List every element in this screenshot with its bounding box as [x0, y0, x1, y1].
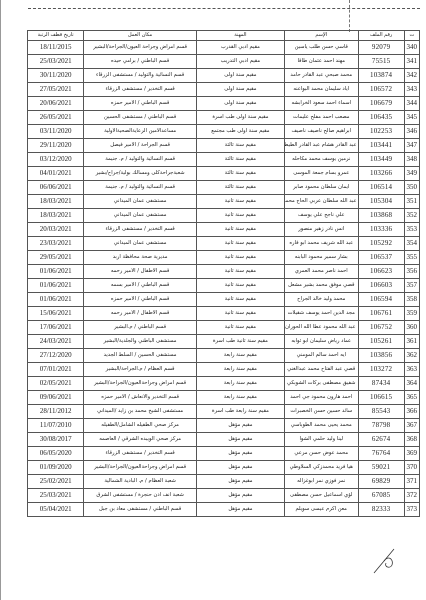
row-name: بشار سمير محمود البابنه [284, 251, 358, 265]
table-row: 346102253ابراهيم صالح ناصيف ناصيفمقيم سن… [28, 125, 420, 139]
row-seq: 352 [404, 209, 419, 223]
row-seq: 373 [404, 503, 419, 517]
row-file-number: 76764 [358, 447, 404, 461]
row-file-number: 103449 [358, 153, 404, 167]
row-date: 24/03/2021 [28, 335, 84, 349]
row-name: مجد الدين احمد يوسف شقيلات [284, 307, 358, 321]
row-date: 28/11/2012 [28, 405, 84, 419]
row-profession: مقيم سنة رابعة طب اسرة [196, 405, 284, 419]
table-row: 36862674لينا وليد حلمي الشوامقيم مؤهلمرك… [28, 433, 420, 447]
row-profession: مقيم سنة اولى طب اسرة [196, 111, 284, 125]
row-date: 06/05/2020 [28, 447, 84, 461]
row-workplace: قسم التخدير والانعاش / الامير حمزه [84, 391, 197, 405]
row-name: عبد الله محمود عطا الله الحوران [284, 321, 358, 335]
table-row: 343106572اياد سليمان محمد البواعنهمقيم س… [28, 83, 420, 97]
row-workplace: مستشفى عمان الميداني [84, 195, 197, 209]
row-file-number: 106537 [358, 251, 404, 265]
row-name: هيا فريد محمدزكي السلاوطي [284, 461, 358, 475]
table-row: 34092079قاسي حسن طلب ياسينمقيم ادبي القد… [28, 41, 420, 55]
row-name: عبد القادر هشام عبد القادر الطيطي [284, 139, 358, 153]
row-name: سائد حسين حسن الخصبرات [284, 405, 358, 419]
table-row: 351105304عبد الله سلطان عربي الحاج محمدم… [28, 195, 420, 209]
col-header-file-number: رقم الملف [358, 31, 404, 41]
row-date: 18/11/2015 [28, 41, 84, 55]
row-seq: 357 [404, 279, 419, 293]
row-workplace: مستشفى عمان الميداني [84, 209, 197, 223]
row-profession: مقيم مؤهل [196, 489, 284, 503]
row-seq: 340 [404, 41, 419, 55]
row-file-number: 92079 [358, 41, 404, 55]
table-body: 34092079قاسي حسن طلب ياسينمقيم ادبي القد… [28, 41, 420, 517]
table-row: 34175515مهند احمد عثمان طاقامقيم ادبي ال… [28, 55, 420, 69]
row-seq: 367 [404, 419, 419, 433]
row-workplace: مديرية صحة محافظة اربد [84, 251, 197, 265]
row-file-number: 103856 [358, 349, 404, 363]
table-row: 36487434شفيق مصطفى بركات الشوبكيمقيم سنة… [28, 377, 420, 391]
row-name: ابراهيم صالح ناصيف ناصيف [284, 125, 358, 139]
table-row: 359106761مجد الدين احمد يوسف شقيلاتمقيم … [28, 307, 420, 321]
row-workplace: قسم الباطني / الامير حمزه [84, 293, 197, 307]
row-file-number: 106623 [358, 265, 404, 279]
row-file-number: 87434 [358, 377, 404, 391]
row-workplace: مستشفى الشيخ محمد بن زايد /الميداني [84, 405, 197, 419]
row-profession: مقيم سنة ثانية [196, 321, 284, 335]
col-header-workplace: مكان العمل [84, 31, 197, 41]
row-file-number: 106572 [358, 83, 404, 97]
row-workplace: قسم الباطني / الامير حمزه [84, 97, 197, 111]
table-row: 360106752عبد الله محمود عطا الله الحوران… [28, 321, 420, 335]
row-profession: مقيم سنة اولى [196, 69, 284, 83]
table-row: 344106679اسماء احمد سعود الخرابشهمقيم سن… [28, 97, 420, 111]
row-seq: 347 [404, 139, 419, 153]
row-seq: 349 [404, 167, 419, 181]
row-seq: 366 [404, 405, 419, 419]
row-date: 01/06/2021 [28, 293, 84, 307]
row-profession: مقيم سنة ثالثة [196, 153, 284, 167]
row-date: 20/03/2021 [28, 223, 84, 237]
row-workplace: مركز صحي الويبده الشرقي / العاصمه [84, 433, 197, 447]
row-workplace: قسم الباطني / مستشفى معاذ بن جبل [84, 503, 197, 517]
row-name: محمد وليد خالد الجراح [284, 293, 358, 307]
row-name: معن اكرم عيسى سويلم [284, 503, 358, 517]
row-profession: مقيم سنة ثانية [196, 223, 284, 237]
row-date: 30/08/2017 [28, 433, 84, 447]
row-workplace: قسم امراض وجراحةالعيون/الجراحة/البشير [84, 461, 197, 475]
row-name: عبد الله سلطان عربي الحاج محمد [284, 195, 358, 209]
row-name: نمر فوزي نمر ابوغزاله [284, 475, 358, 489]
row-file-number: 75515 [358, 55, 404, 69]
table-row: 37267085لؤي اسماعيل حسن مصطفىمقيم مؤهلشع… [28, 489, 420, 503]
row-file-number: 105261 [358, 335, 404, 349]
row-profession: مقيم مؤهل [196, 503, 284, 517]
row-workplace: شعبةجراحةكلى ومسالك بولية/جراح/بشير [84, 167, 197, 181]
table-row: 37169829نمر فوزي نمر ابوغزالهمقيم مؤهلشع… [28, 475, 420, 489]
row-name: قصي موفق محمد بشير مشعل [284, 279, 358, 293]
row-file-number: 59021 [358, 461, 404, 475]
table-row: 354105292عبد الله شريف محمد ابو فارهمقيم… [28, 237, 420, 251]
row-seq: 346 [404, 125, 419, 139]
col-header-date: تاريخ قطف الرتبة [28, 31, 84, 41]
row-date: 03/12/2020 [28, 153, 84, 167]
row-profession: مقيم مؤهل [196, 461, 284, 475]
row-file-number: 106514 [358, 181, 404, 195]
row-file-number: 103272 [358, 363, 404, 377]
row-profession: مقيم سنة ثانية طب اسرة [196, 335, 284, 349]
row-name: نرمين يوسف محمد مكاحله [284, 153, 358, 167]
table-row: 349103266عمرو بسام جمعة الموسىمقيم سنة ث… [28, 167, 420, 181]
row-name: اياد سليمان محمد البواعنه [284, 83, 358, 97]
row-seq: 354 [404, 237, 419, 251]
row-seq: 358 [404, 293, 419, 307]
row-file-number: 106603 [358, 279, 404, 293]
row-profession: مقيم سنة ثالثة [196, 139, 284, 153]
row-seq: 370 [404, 461, 419, 475]
table-row: 350106514ايمان سلطان محمود صابرمقيم سنة … [28, 181, 420, 195]
row-seq: 348 [404, 153, 419, 167]
row-workplace: قسم الباطني / الامير بسمه [84, 279, 197, 293]
row-name: عبد الله شريف محمد ابو فاره [284, 237, 358, 251]
table-row: 358106594محمد وليد خالد الجراحمقيم سنة ث… [28, 293, 420, 307]
table-row: 361105261عماد رياض سليمان ابو ثوابهمقيم … [28, 335, 420, 349]
row-file-number: 105292 [358, 237, 404, 251]
row-file-number: 106615 [358, 391, 404, 405]
scan-edge [0, 0, 1, 600]
row-seq: 364 [404, 377, 419, 391]
row-name: محمد صبحي عبد القادر حامد [284, 69, 358, 83]
row-workplace: قسم النسائية والتوليد / م. جنيمة [84, 153, 197, 167]
row-profession: مقيم سنة ثالثة [196, 167, 284, 181]
row-seq: 365 [404, 391, 419, 405]
row-workplace: قسم الاطفال / الامير رحمه [84, 265, 197, 279]
row-profession: مقيم سنة ثانية [196, 237, 284, 251]
row-profession: مقيم مؤهل [196, 447, 284, 461]
row-profession: مقيم سنة رابعة [196, 363, 284, 377]
row-name: محمد يحيى محمد الطوباسي [284, 419, 358, 433]
row-seq: 353 [404, 223, 419, 237]
row-seq: 343 [404, 83, 419, 97]
row-profession: مقيم سنة ثانية [196, 265, 284, 279]
table-row: 36685543سائد حسين حسن الخصبراتمقيم سنة ر… [28, 405, 420, 419]
row-date: 30/11/2020 [28, 69, 84, 83]
row-workplace: قسم العظام / م.الجراحة/البشير [84, 363, 197, 377]
col-header-profession: المهنة [196, 31, 284, 41]
row-seq: 362 [404, 349, 419, 363]
row-name: لينا وليد حلمي الشوا [284, 433, 358, 447]
row-profession: مقيم سنة ثانية [196, 195, 284, 209]
row-date: 07/01/2021 [28, 363, 84, 377]
row-name: علي ناجح علي يوسف [284, 209, 358, 223]
row-profession: مقيم سنة اولى طب مجتمع [196, 125, 284, 139]
row-profession: مقيم سنة اولى [196, 83, 284, 97]
row-workplace: قسم النسائية والتوليد / مستشفى الزرقاء [84, 69, 197, 83]
row-workplace: قسم امراض وجراحةالعيون/الجراحة/البشير [84, 377, 197, 391]
row-seq: 369 [404, 447, 419, 461]
row-profession: مقيم سنة ثالثة [196, 181, 284, 195]
row-date: 09/06/2021 [28, 391, 84, 405]
row-name: احمد ناصر محمد العمري [284, 265, 358, 279]
row-name: عمرو بسام جمعة الموسى [284, 167, 358, 181]
row-profession: مقيم سنة ثانية [196, 293, 284, 307]
row-seq: 342 [404, 69, 419, 83]
row-date: 29/05/2021 [28, 251, 84, 265]
signature-mark [372, 545, 400, 575]
row-profession: مقيم سنة ثانية [196, 279, 284, 293]
row-workplace: قسم الباطني / برامي حيده [84, 55, 197, 69]
table-row: 352103868علي ناجح علي يوسفمقيم سنة ثانية… [28, 209, 420, 223]
row-file-number: 85543 [358, 405, 404, 419]
row-date: 23/03/2021 [28, 237, 84, 251]
row-name: شفيق مصطفى بركات الشوبكي [284, 377, 358, 391]
row-seq: 344 [404, 97, 419, 111]
row-seq: 359 [404, 307, 419, 321]
row-seq: 345 [404, 111, 419, 125]
row-file-number: 103266 [358, 167, 404, 181]
row-workplace: قسم الباطني / م.البشير [84, 321, 197, 335]
table-row: 36976764محمد عوض حسن مرعيمقيم مؤهلقسم ال… [28, 447, 420, 461]
table-row: 353103336انس نادر زهير منصورمقيم سنة ثان… [28, 223, 420, 237]
row-profession: مقيم سنة رابعة [196, 377, 284, 391]
row-seq: 351 [404, 195, 419, 209]
row-profession: مقيم ادبي التدريب [196, 55, 284, 69]
row-seq: 341 [404, 55, 419, 69]
row-seq: 356 [404, 265, 419, 279]
row-seq: 355 [404, 251, 419, 265]
table-row: 362103856ايه احمد سالم المومنيمقيم سنة ر… [28, 349, 420, 363]
row-file-number: 62674 [358, 433, 404, 447]
table-row: 365106615احمد هارون محمود جي احمدمقيم سن… [28, 391, 420, 405]
residents-table: ت رقم الملف الإسم المهنة مكان العمل تاري… [27, 30, 420, 517]
row-profession: مقيم سنة ثانية [196, 307, 284, 321]
row-date: 20/06/2021 [28, 97, 84, 111]
row-file-number: 82333 [358, 503, 404, 517]
row-profession: مقيم مؤهل [196, 475, 284, 489]
row-workplace: شعبة انف اذن حنجرة / مستشفى الشرق [84, 489, 197, 503]
row-name: محمد عوض حسن مرعي [284, 447, 358, 461]
row-profession: مقيم سنة ثانية [196, 251, 284, 265]
row-name: لؤي اسماعيل حسن مصطفى [284, 489, 358, 503]
row-name: ايه احمد سالم المومني [284, 349, 358, 363]
row-seq: 350 [404, 181, 419, 195]
row-date: 01/09/2020 [28, 461, 84, 475]
row-date: 01/06/2021 [28, 279, 84, 293]
row-name: قصي عبد الفتاح محمد عبدالغني [284, 363, 358, 377]
table-header-row: ت رقم الملف الإسم المهنة مكان العمل تاري… [28, 31, 420, 41]
row-file-number: 106761 [358, 307, 404, 321]
row-name: قاسي حسن طلب ياسين [284, 41, 358, 55]
row-seq: 360 [404, 321, 419, 335]
row-file-number: 103874 [358, 69, 404, 83]
row-profession: مقيم سنة رابعة [196, 349, 284, 363]
row-file-number: 67085 [358, 489, 404, 503]
row-date: 29/11/2020 [28, 139, 84, 153]
table-row: 363103272قصي عبد الفتاح محمد عبدالغنيمقي… [28, 363, 420, 377]
col-header-name: الإسم [284, 31, 358, 41]
row-date: 25/02/2021 [28, 475, 84, 489]
row-file-number: 106435 [358, 111, 404, 125]
row-workplace: مستشفى عمان الميداني [84, 237, 197, 251]
row-date: 25/03/2021 [28, 489, 84, 503]
row-date: 06/06/2021 [28, 181, 84, 195]
row-file-number: 103441 [358, 139, 404, 153]
row-workplace: مركز صحي الطفيله الشامل/الطفيله [84, 419, 197, 433]
row-file-number: 78798 [358, 419, 404, 433]
row-file-number: 103336 [358, 223, 404, 237]
header-divider-line [28, 8, 420, 9]
row-file-number: 102253 [358, 125, 404, 139]
col-header-seq: ت [404, 31, 419, 41]
row-workplace: مستشفى الحسين / السلط الجديد [84, 349, 197, 363]
row-date: 18/03/2021 [28, 195, 84, 209]
row-date: 04/01/2021 [28, 167, 84, 181]
row-name: انس نادر زهير منصور [284, 223, 358, 237]
row-name: عماد رياض سليمان ابو ثوابه [284, 335, 358, 349]
row-seq: 363 [404, 363, 419, 377]
row-seq: 361 [404, 335, 419, 349]
row-file-number: 69829 [358, 475, 404, 489]
row-date: 27/05/2021 [28, 83, 84, 97]
row-date: 11/07/2010 [28, 419, 84, 433]
row-date: 05/04/2021 [28, 503, 84, 517]
row-file-number: 106679 [358, 97, 404, 111]
table-row: 347103441عبد القادر هشام عبد القادر الطي… [28, 139, 420, 153]
row-name: مهند احمد عثمان طاقا [284, 55, 358, 69]
table-row: 348103449نرمين يوسف محمد مكاحلهمقيم سنة … [28, 153, 420, 167]
table-row: 345106435مصعب احمد مفلح عليماتمقيم سنة ا… [28, 111, 420, 125]
row-date: 15/06/2021 [28, 307, 84, 321]
row-date: 18/03/2021 [28, 209, 84, 223]
row-name: احمد هارون محمود جي احمد [284, 391, 358, 405]
fold-mark [349, 0, 350, 32]
row-date: 17/06/2021 [28, 321, 84, 335]
table-row: 357106603قصي موفق محمد بشير مشعلمقيم سنة… [28, 279, 420, 293]
row-workplace: قسم الجراحة / الامير فيصل [84, 139, 197, 153]
row-workplace: قسم الاطفال / الامير رحمه [84, 307, 197, 321]
row-name: اسماء احمد سعود الخرابشه [284, 97, 358, 111]
row-date: 25/03/2021 [28, 55, 84, 69]
row-name: ايمان سلطان محمود صابر [284, 181, 358, 195]
table-row: 37059021هيا فريد محمدزكي السلاوطيمقيم مؤ… [28, 461, 420, 475]
row-workplace: قسم النسائية والتوليد / م. جنيمة [84, 181, 197, 195]
row-profession: مقيم سنة رابعة [196, 391, 284, 405]
row-profession: مقيم مؤهل [196, 419, 284, 433]
row-workplace: شعبة العظام / م. البادية الشمالية [84, 475, 197, 489]
row-seq: 372 [404, 489, 419, 503]
row-profession: مقيم سنة ثانية [196, 209, 284, 223]
row-workplace: قسم التخدير / مستشفى الزرقاء [84, 447, 197, 461]
row-profession: مقيم سنة اولى [196, 97, 284, 111]
table-row: 37382333معن اكرم عيسى سويلممقيم مؤهلقسم … [28, 503, 420, 517]
row-file-number: 105304 [358, 195, 404, 209]
row-date: 01/06/2021 [28, 265, 84, 279]
row-workplace: مستشفى الباطني والجلدية/البشير [84, 335, 197, 349]
row-workplace: قسم الباطني / مستشفى الحسين [84, 111, 197, 125]
row-date: 27/12/2020 [28, 349, 84, 363]
row-file-number: 106594 [358, 293, 404, 307]
row-date: 26/05/2021 [28, 111, 84, 125]
row-workplace: مساعدالامين الرعايةالصحيةالاولية [84, 125, 197, 139]
row-date: 03/11/2020 [28, 125, 84, 139]
table-row: 36778798محمد يحيى محمد الطوباسيمقيم مؤهل… [28, 419, 420, 433]
row-profession: مقيم ادبي القدرب [196, 41, 284, 55]
row-workplace: قسم التخدير / مستشفى الزرقاء [84, 223, 197, 237]
row-file-number: 103868 [358, 209, 404, 223]
table-row: 355106537بشار سمير محمود البابنهمقيم سنة… [28, 251, 420, 265]
table-row: 342103874محمد صبحي عبد القادر حامدمقيم س… [28, 69, 420, 83]
row-profession: مقيم مؤهل [196, 433, 284, 447]
row-workplace: قسم امراض وجراحة العيون/الجراحة/البشير [84, 41, 197, 55]
table-row: 356106623احمد ناصر محمد العمريمقيم سنة ث… [28, 265, 420, 279]
row-date: 02/05/2021 [28, 377, 84, 391]
row-file-number: 106752 [358, 321, 404, 335]
row-seq: 371 [404, 475, 419, 489]
row-seq: 368 [404, 433, 419, 447]
row-workplace: قسم التخدير / مستشفى الزرقاء [84, 83, 197, 97]
row-name: مصعب احمد مفلح عليمات [284, 111, 358, 125]
